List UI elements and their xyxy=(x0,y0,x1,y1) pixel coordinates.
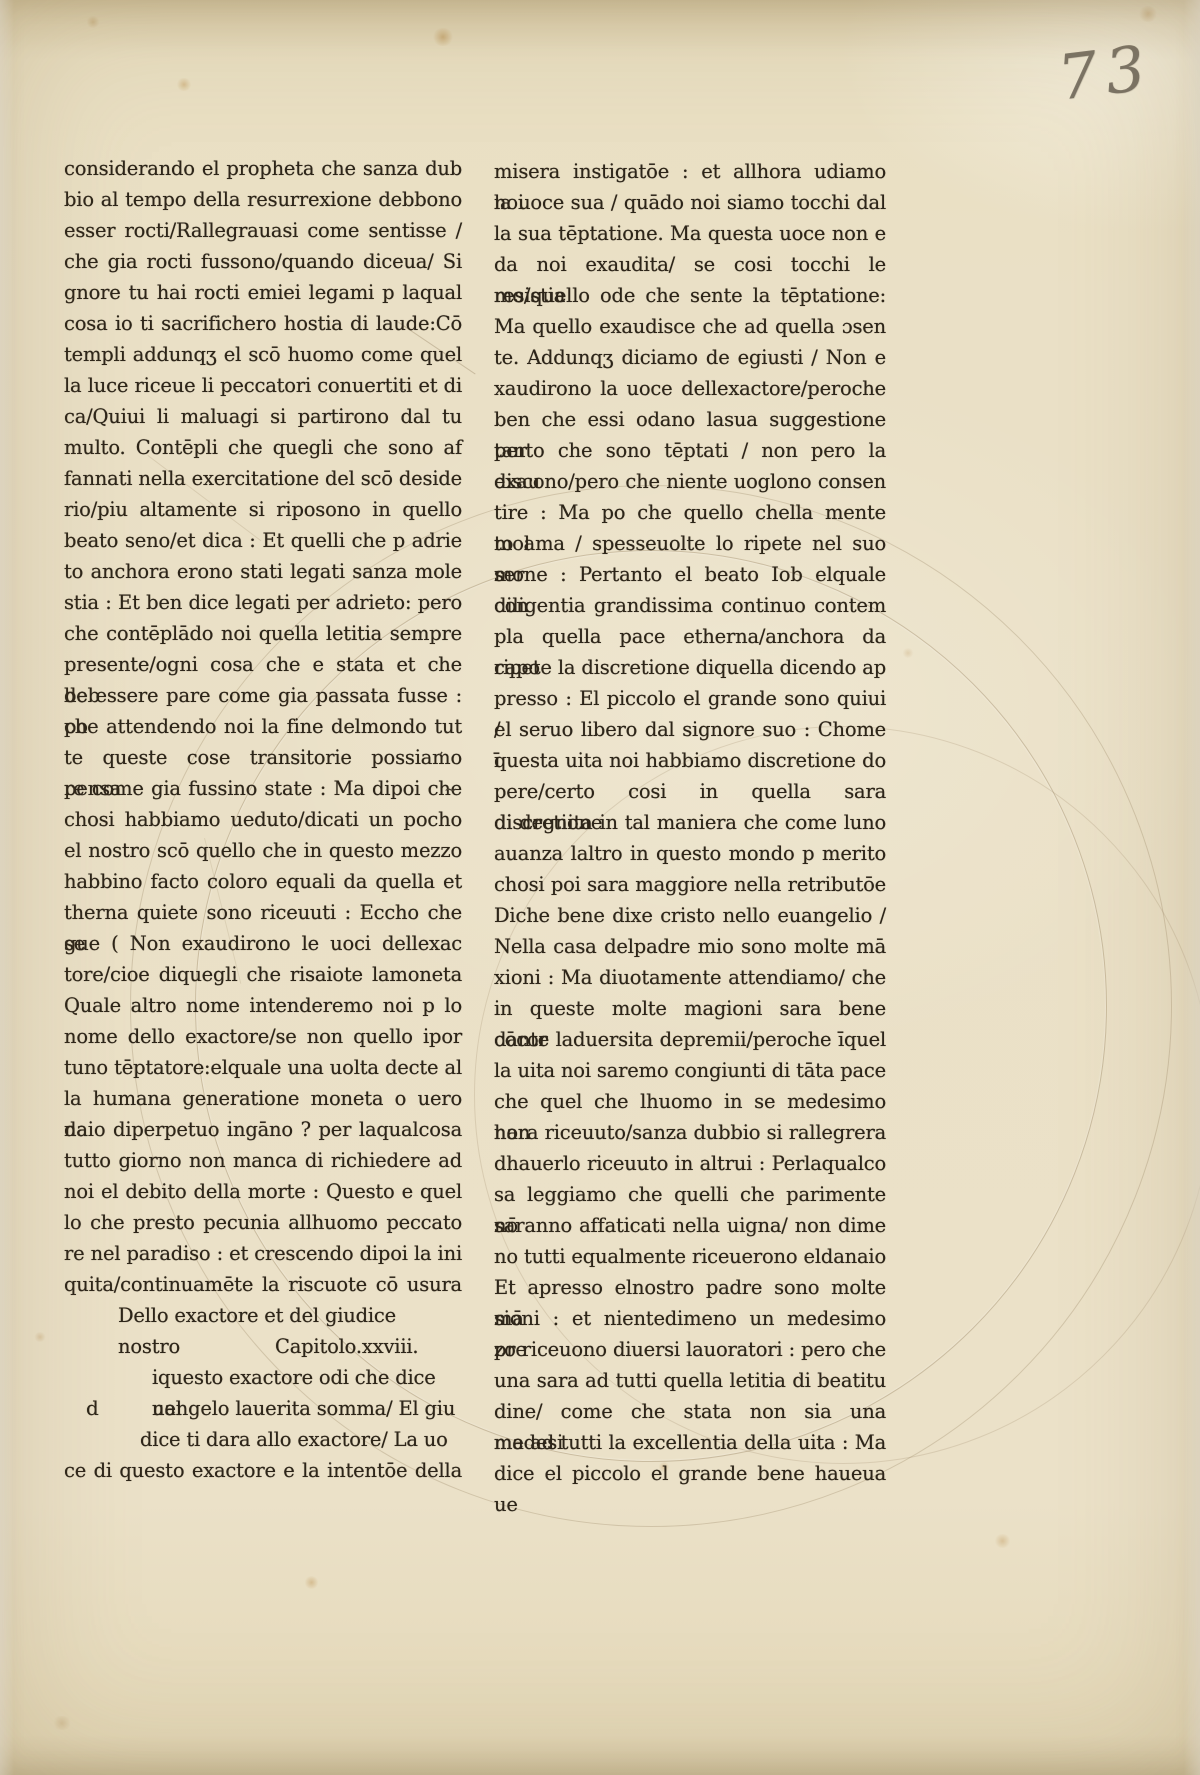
text-line: stia : Et ben dice legati per adrieto: p… xyxy=(64,587,462,618)
text-line: dine/ come che stata non sia una medesi xyxy=(494,1396,886,1427)
text-line: mone : Pertanto el beato Iob elquale con xyxy=(494,559,886,590)
text-line: el seruo libero dal signore suo : Chome … xyxy=(494,714,886,745)
text-line: in queste molte magioni sara bene cōcor xyxy=(494,993,886,1024)
text-line: ben che essi odano lasua suggestione per xyxy=(494,404,886,435)
text-line: discono/pero che niente uoglono consen xyxy=(494,466,886,497)
text-line: no tutti equalmente riceuerono eldanaio xyxy=(494,1241,886,1272)
text-line: dante laduersita depremii/peroche īquel xyxy=(494,1024,886,1055)
foxing-stain xyxy=(34,1332,46,1342)
text-line: la uoce sua / quādo noi siamo tocchi dal xyxy=(494,187,886,218)
text-line: di degnita in tal maniera che come luno xyxy=(494,807,886,838)
text-line: la uita noi saremo congiunti di tāta pac… xyxy=(494,1055,886,1086)
text-line: misera instigatōe : et allhora udiamo no… xyxy=(494,156,886,187)
text-line: habbino facto coloro equali da quella et xyxy=(64,866,462,897)
text-line: la sua tēptatione. Ma questa uoce non e xyxy=(494,218,886,249)
text-line: nome dello exactore/se non quello ipor xyxy=(64,1021,462,1052)
text-line: Quale altro nome intenderemo noi p lo xyxy=(64,990,462,1021)
text-line: quita/continuamēte la riscuote cō usura xyxy=(64,1269,462,1300)
text-line: be essere pare come gia passata fusse : … xyxy=(64,680,462,711)
text-column-left: d considerando el propheta che sanza dub… xyxy=(64,153,462,1498)
text-line: questa uita noi habbiamo discretione do xyxy=(494,745,886,776)
text-line: chosi poi sara maggiore nella retributōe xyxy=(494,869,886,900)
text-line: iquesto exactore odi che dice nel xyxy=(64,1362,462,1393)
text-line: xioni : Ma diuotamente attendiamo/ che xyxy=(494,962,886,993)
text-line: che quel che lhuomo in se medesimo non xyxy=(494,1086,886,1117)
text-line: Et apresso elnostro padre sono molte mā xyxy=(494,1272,886,1303)
foxing-stain xyxy=(994,1534,1011,1548)
page-edge-shadow-top xyxy=(0,0,1200,60)
text-line: ca/Quiui li maluagi si partirono dal tu xyxy=(64,401,462,432)
text-line: Diche bene dixe cristo nello euangelio / xyxy=(494,900,886,931)
text-line: te. Addunqʒ diciamo de egiusti / Non e xyxy=(494,342,886,373)
text-line: therna quiete sono riceuuti : Eccho che … xyxy=(64,897,462,928)
text-line: tuno tēptatore:elquale una uolta decte a… xyxy=(64,1052,462,1083)
foxing-stain xyxy=(52,1716,72,1730)
text-line: che contēplādo noi quella letitia sempre xyxy=(64,618,462,649)
page-edge-highlight-right xyxy=(1184,0,1200,1775)
text-line: la luce riceue li peccatori conuertiti e… xyxy=(64,370,462,401)
text-line: tutto giorno non manca di richiedere ad xyxy=(64,1145,462,1176)
text-line: mo/quello ode che sente la tēptatione: xyxy=(494,280,886,311)
text-line: rio/piu altamente si riposono in quello xyxy=(64,494,462,525)
text-column-right: misera instigatōe : et allhora udiamo no… xyxy=(494,156,886,1501)
text-line: lo che presto pecunia allhuomo peccato xyxy=(64,1207,462,1238)
page-edge-shadow-bottom xyxy=(0,1735,1200,1775)
foxing-stain xyxy=(176,78,192,91)
text-line: to anchora erono stati legati sanza mole xyxy=(64,556,462,587)
text-line: presente/ogni cosa che e stata et che de… xyxy=(64,649,462,680)
text-line: tanto che sono tēptati / non pero la exa… xyxy=(494,435,886,466)
text-line: ripete la discretione diquella dicendo a… xyxy=(494,652,886,683)
text-line: Nella casa delpadre mio sono molte mā xyxy=(494,931,886,962)
text-line: hara riceuuto/sanza dubbio si rallegrera xyxy=(494,1117,886,1148)
text-line: naio diperpetuo ingāno ? per laqualcosa xyxy=(64,1114,462,1145)
book-page-scan: 73 d considerando el propheta che sanza … xyxy=(0,0,1200,1775)
text-line: Dello exactore et del giudice nostro xyxy=(64,1300,462,1331)
text-line: gnore tu hai rocti emiei legami p laqual xyxy=(64,277,462,308)
text-line: tore/cioe diquegli che risaiote lamoneta xyxy=(64,959,462,990)
text-line: gue ( Non exaudirono le uoci dellexac xyxy=(64,928,462,959)
text-line: templi addunqʒ el scō huomo come quel xyxy=(64,339,462,370)
rubricator-guide-letter: d xyxy=(86,1396,99,1420)
text-line: bio al tempo della resurrexione debbono xyxy=(64,184,462,215)
text-line: che gia rocti fussono/quando diceua/ Si xyxy=(64,246,462,277)
text-line: pere/certo cosi in quella sara discretio… xyxy=(494,776,886,807)
text-line: ce di questo exactore e la intentōe dell… xyxy=(64,1455,462,1486)
text-line: che attendendo noi la fine delmondo tut xyxy=(64,711,462,742)
text-line: dice el piccolo el grande bene haueua ue xyxy=(494,1458,886,1489)
text-line: re come gia fussino state : Ma dipoi che xyxy=(64,773,462,804)
text-line: ma ad tutti la excellentia della uita : … xyxy=(494,1427,886,1458)
text-line: dice ti dara allo exactore/ La uo xyxy=(64,1424,462,1455)
text-line: considerando el propheta che sanza dub xyxy=(64,153,462,184)
text-line: to ama / spesseuolte lo ripete nel suo s… xyxy=(494,528,886,559)
foxing-stain xyxy=(304,1576,319,1589)
text-line: zo riceuono diuersi lauoratori : pero ch… xyxy=(494,1334,886,1365)
text-line: la humana generatione moneta o uero da xyxy=(64,1083,462,1114)
text-line: tire : Ma po che quello chella mente mol xyxy=(494,497,886,528)
text-line: auanza laltro in questo mondo p merito xyxy=(494,838,886,869)
text-line: una sara ad tutti quella letitia di beat… xyxy=(494,1365,886,1396)
text-line: saranno affaticati nella uigna/ non dime xyxy=(494,1210,886,1241)
foxing-stain xyxy=(902,648,914,658)
text-line: el nostro scō quello che in questo mezzo xyxy=(64,835,462,866)
text-line: dhauerlo riceuuto in altrui : Perlaqualc… xyxy=(494,1148,886,1179)
text-line: esser rocti/Rallegrauasi come sentisse / xyxy=(64,215,462,246)
text-line: fannati nella exercitatione del scō desi… xyxy=(64,463,462,494)
text-line: diligentia grandissima continuo contem xyxy=(494,590,886,621)
text-line: beato seno/et dica : Et quelli che p adr… xyxy=(64,525,462,556)
text-line: uangelo lauerita somma/ El giu xyxy=(64,1393,462,1424)
text-line: da noi exaudita/ se cosi tocchi le resis… xyxy=(494,249,886,280)
page-edge-highlight-left xyxy=(0,0,14,1775)
text-line: sa leggiamo che quelli che parimente nō xyxy=(494,1179,886,1210)
text-line: pla quella pace etherna/anchora da capo xyxy=(494,621,886,652)
text-line: multo. Contēpli che quegli che sono af xyxy=(64,432,462,463)
text-line: cosa io ti sacrifichero hostia di laude:… xyxy=(64,308,462,339)
text-line: te queste cose transitorie possiamo pens… xyxy=(64,742,462,773)
text-line: chosi habbiamo ueduto/dicati un pocho xyxy=(64,804,462,835)
text-line: noi el debito della morte : Questo e que… xyxy=(64,1176,462,1207)
text-line: Ma quello exaudisce che ad quella ɔsen xyxy=(494,311,886,342)
text-line: re nel paradiso : et crescendo dipoi la … xyxy=(64,1238,462,1269)
text-line: xaudirono la uoce dellexactore/peroche xyxy=(494,373,886,404)
text-line: presso : El piccolo el grande sono quiui… xyxy=(494,683,886,714)
text-line: sioni : et nientedimeno un medesimo pre xyxy=(494,1303,886,1334)
